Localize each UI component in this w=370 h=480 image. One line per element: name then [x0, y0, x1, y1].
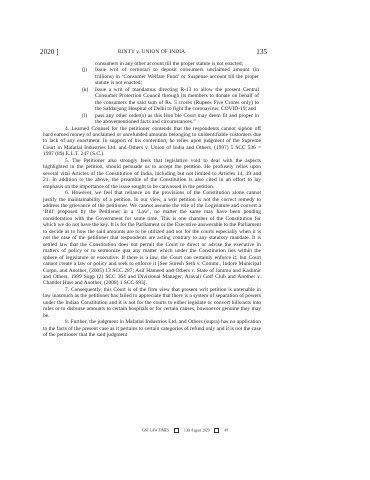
- running-header: 2020 ] BINTY v. UNION OF INDIA 135: [40, 48, 267, 58]
- paragraph-6: 6. However, we feel that reliance on the…: [43, 190, 261, 287]
- square-bullet-icon: [174, 428, 179, 433]
- paragraph-number: 5.: [65, 158, 69, 164]
- square-bullet-icon: [214, 428, 219, 433]
- prayer-item-label: (j): [82, 67, 95, 86]
- paragraph-text: Learned Counsel for the petitioner conte…: [43, 126, 261, 158]
- paragraph-number: 7.: [65, 287, 69, 293]
- paragraph-number: 4.: [65, 126, 69, 132]
- prayer-item-text: Issue writ of certiorari to deposit cons…: [95, 67, 259, 86]
- prayer-item: (j) Issue writ of certiorari to deposit …: [82, 67, 259, 86]
- paragraph-5: 5. The Petitioner also strongly feels th…: [43, 158, 261, 190]
- paragraph-number: 6.: [65, 190, 69, 196]
- running-footer: GST LAW TIMES 13th August 2020 49: [0, 428, 370, 433]
- prayer-item: (k) Issue a writ of mandamus directing R…: [82, 87, 259, 113]
- paragraph-text: Further, the judgment in Mafatlal Indust…: [43, 319, 261, 338]
- prayer-item-label: (l): [82, 113, 95, 126]
- prayer-item: (l) pass any other order(s) as this Hon’…: [82, 113, 259, 126]
- document-page: 2020 ] BINTY v. UNION OF INDIA 135 consu…: [0, 0, 370, 480]
- prayer-item-text: pass any other order(s) as this Hon’ble …: [95, 113, 259, 126]
- paragraph-text: However, we feel that reliance on the pr…: [43, 190, 261, 286]
- paragraph-number: 8.: [65, 319, 69, 325]
- footer-publication: GST LAW TIMES: [142, 428, 169, 432]
- paragraph-8: 8. Further, the judgment in Mafatlal Ind…: [43, 319, 261, 338]
- document-body: consumers in any other account till the …: [43, 61, 261, 338]
- paragraph-4: 4. Learned Counsel for the petitioner co…: [43, 126, 261, 158]
- footer-date: 13th August 2020: [184, 428, 210, 432]
- prayer-item-label: (k): [82, 87, 95, 113]
- footer-page: 49: [224, 428, 228, 432]
- header-case-title: BINTY v. UNION OF INDIA: [118, 49, 185, 55]
- paragraph-7: 7. Consequently, this Court is of the fi…: [43, 287, 261, 319]
- paragraph-text: The Petitioner also strongly feels that …: [43, 158, 261, 190]
- prayer-item-text: Issue a writ of mandamus directing R-13 …: [95, 87, 259, 113]
- header-page-number: 135: [256, 48, 267, 56]
- paragraph-text: Consequently, this Court is of the firm …: [43, 287, 261, 319]
- header-year: 2020 ]: [40, 48, 59, 56]
